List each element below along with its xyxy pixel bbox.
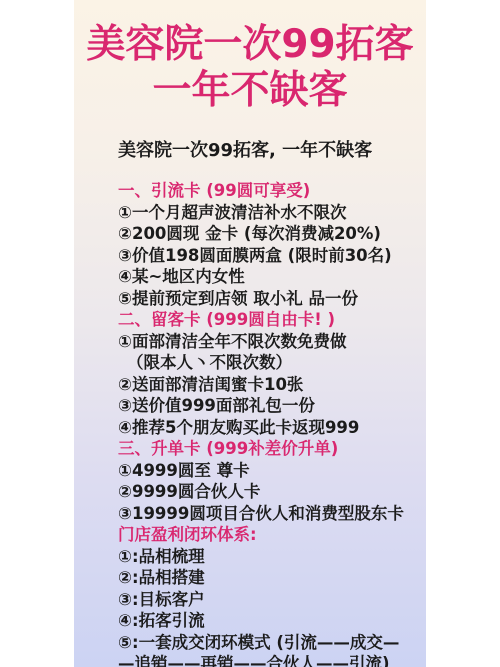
list-item: ①:品相梳理	[118, 546, 418, 568]
poster-body: 一、引流卡 (99圆可享受)①一个月超声波清洁补水不限次②200圆现 金卡 (每…	[118, 180, 418, 667]
section-heading: 一、引流卡 (99圆可享受)	[118, 180, 418, 202]
list-item: ③价值198圆面膜两盒 (限时前30名)	[118, 245, 418, 267]
list-item: ⑤:一套成交闭环模式 (引流——成交—	[118, 632, 418, 654]
section-heading: 门店盈利闭环体系:	[118, 524, 418, 546]
poster-gradient-band: 美容院一次99拓客 一年不缺客 美容院一次99拓客, 一年不缺客 一、引流卡 (…	[74, 0, 426, 667]
list-item: —追销——再销——合伙人——引流)	[118, 653, 418, 667]
list-item: ④:拓客引流	[118, 610, 418, 632]
list-item: ③:目标客户	[118, 589, 418, 611]
list-item: ①4999圆至 尊卡	[118, 460, 418, 482]
section-heading: 二、留客卡 (999圆自由卡! )	[118, 309, 418, 331]
list-item: ①面部清洁全年不限次数免费做	[118, 331, 418, 353]
list-item: （限本人丶不限次数）	[118, 352, 418, 374]
list-item: ③送价值999面部礼包一份	[118, 395, 418, 417]
list-item: ②送面部清洁闺蜜卡10张	[118, 374, 418, 396]
list-item: ④某~地区内女性	[118, 266, 418, 288]
poster-title: 美容院一次99拓客 一年不缺客	[74, 22, 426, 114]
section-heading: 三、升单卡 (999补差价升单)	[118, 438, 418, 460]
list-item: ②200圆现 金卡 (每次消费减20%)	[118, 223, 418, 245]
list-item: ②:品相搭建	[118, 567, 418, 589]
list-item: ①一个月超声波清洁补水不限次	[118, 202, 418, 224]
poster-title-line2: 一年不缺客	[74, 68, 426, 114]
list-item: ②9999圆合伙人卡	[118, 481, 418, 503]
list-item: ⑤提前预定到店领 取小礼 品一份	[118, 288, 418, 310]
poster-subtitle: 美容院一次99拓客, 一年不缺客	[118, 136, 426, 162]
poster-title-line1: 美容院一次99拓客	[74, 22, 426, 68]
list-item: ④推荐5个朋友购买此卡返现999	[118, 417, 418, 439]
poster-page: 美容院一次99拓客 一年不缺客 美容院一次99拓客, 一年不缺客 一、引流卡 (…	[0, 0, 500, 667]
list-item: ③19999圆项目合伙人和消费型股东卡	[118, 503, 418, 525]
